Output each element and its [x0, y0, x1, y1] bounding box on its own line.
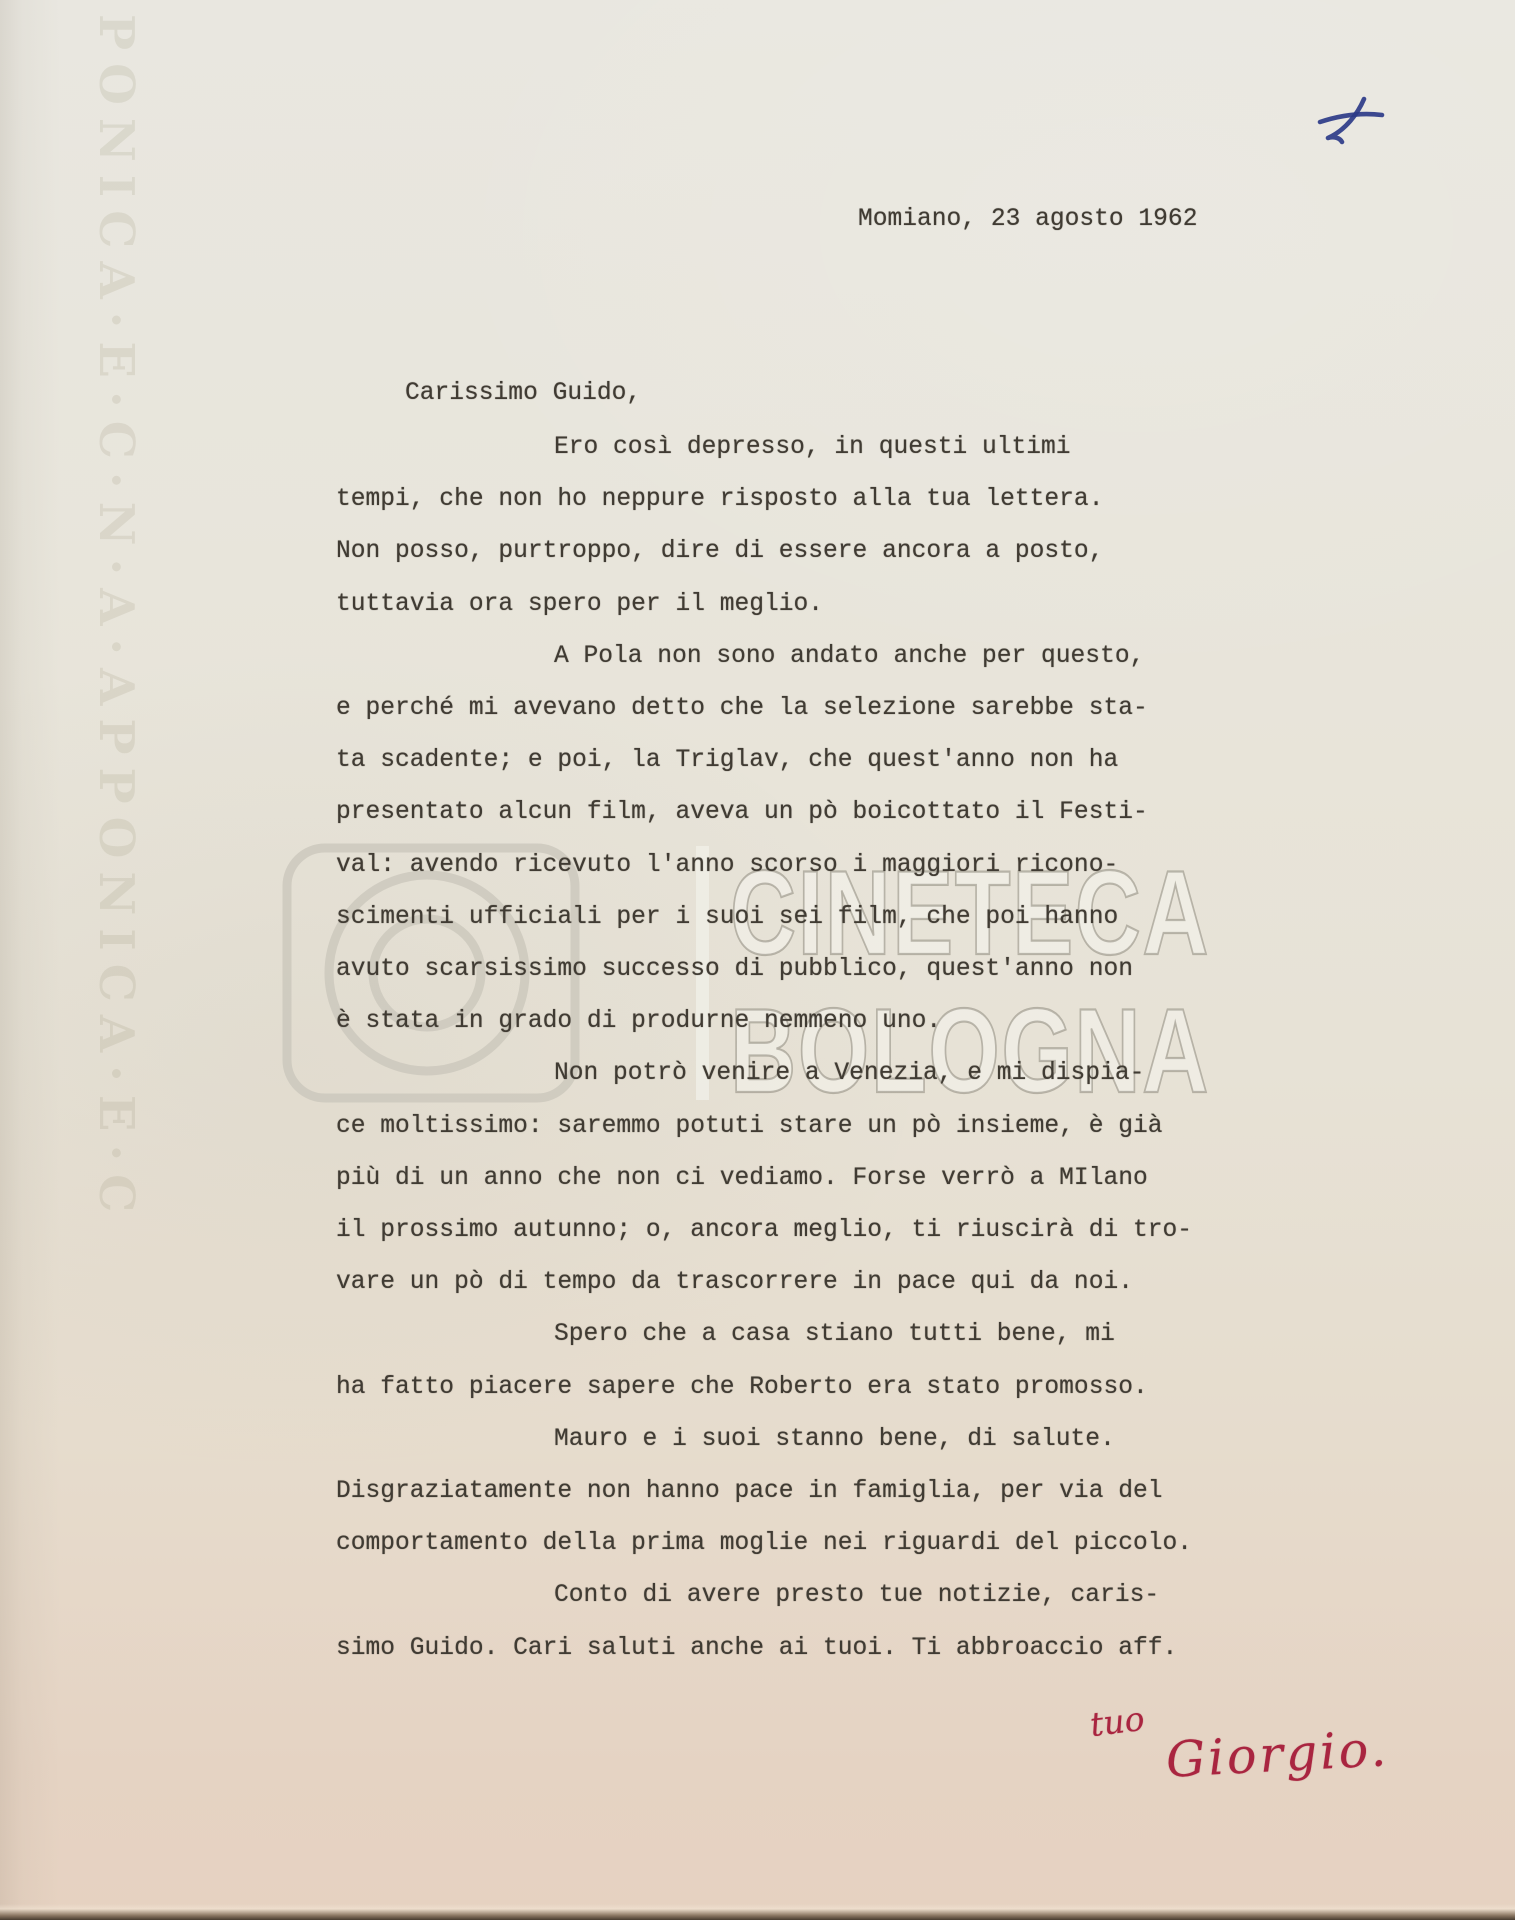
letter-line: scimenti ufficiali per i suoi sei film, …	[336, 892, 1192, 944]
letter-line: è stata in grado di produrne nemmeno uno…	[336, 996, 1192, 1048]
letter-line: simo Guido. Cari saluti anche ai tuoi. T…	[336, 1623, 1192, 1675]
x-mark-annotation	[1316, 96, 1388, 154]
letter-page: PONICA·E·C·N·A·APPONICA·E·C CINETECA BOL…	[0, 0, 1515, 1920]
letter-line: ce moltissimo: saremmo potuti stare un p…	[336, 1101, 1192, 1153]
scan-bottom-edge	[0, 1904, 1515, 1920]
letter-line: il prossimo autunno; o, ancora meglio, t…	[336, 1205, 1192, 1257]
signature-name-handwritten: Giorgio.	[1165, 1720, 1391, 1789]
letter-line: Mauro e i suoi stanno bene, di salute.	[336, 1414, 1192, 1466]
letter-line: più di un anno che non ci vediamo. Forse…	[336, 1153, 1192, 1205]
signature-prefix-handwritten: tuo	[1088, 1699, 1147, 1744]
salutation: Carissimo Guido,	[405, 380, 641, 407]
letter-line: ta scadente; e poi, la Triglav, che ques…	[336, 735, 1192, 787]
letter-line: val: avendo ricevuto l'anno scorso i mag…	[336, 840, 1192, 892]
letter-line: A Pola non sono andato anche per questo,	[336, 631, 1192, 683]
letter-line: Spero che a casa stiano tutti bene, mi	[336, 1309, 1192, 1361]
letter-line: presentato alcun film, aveva un pò boico…	[336, 787, 1192, 839]
letter-line: Ero così depresso, in questi ultimi	[336, 422, 1192, 474]
date-line: Momiano, 23 agosto 1962	[858, 206, 1197, 233]
paper-watermark-vertical: PONICA·E·C·N·A·APPONICA·E·C	[88, 14, 144, 1894]
letter-line: Non potrò venire a Venezia, e mi dispia-	[336, 1048, 1192, 1100]
letter-line: tuttavia ora spero per il meglio.	[336, 579, 1192, 631]
letter-line: ha fatto piacere sapere che Roberto era …	[336, 1362, 1192, 1414]
letter-line: vare un pò di tempo da trascorrere in pa…	[336, 1257, 1192, 1309]
letter-line: e perché mi avevano detto che la selezio…	[336, 683, 1192, 735]
letter-line: Conto di avere presto tue notizie, caris…	[336, 1570, 1192, 1622]
letter-line: avuto scarsissimo successo di pubblico, …	[336, 944, 1192, 996]
letter-body: Ero così depresso, in questi ultimitempi…	[336, 422, 1192, 1675]
letter-line: tempi, che non ho neppure risposto alla …	[336, 474, 1192, 526]
letter-line: Non posso, purtroppo, dire di essere anc…	[336, 526, 1192, 578]
letter-line: Disgraziatamente non hanno pace in famig…	[336, 1466, 1192, 1518]
letter-line: comportamento della prima moglie nei rig…	[336, 1518, 1192, 1570]
